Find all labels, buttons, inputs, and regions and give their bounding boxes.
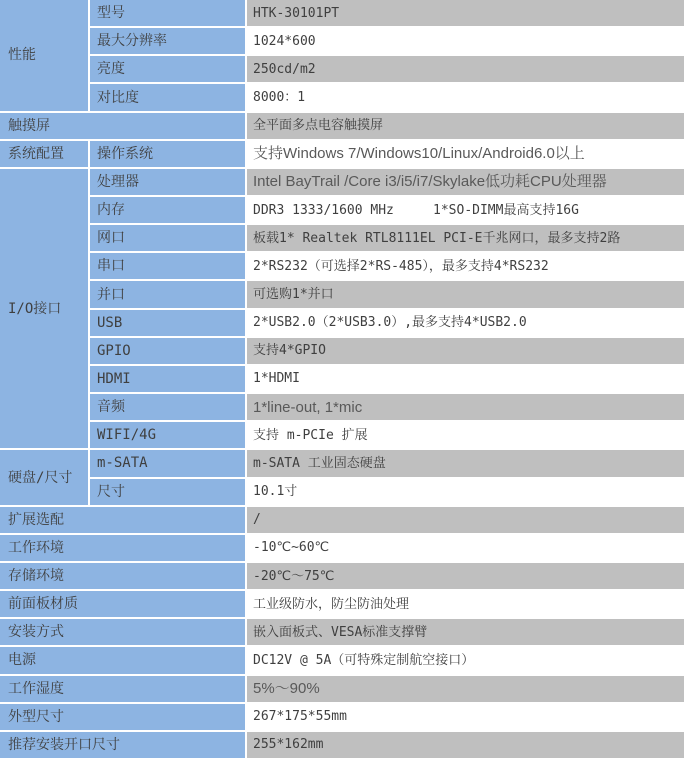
spec-table: 性能型号HTK-30101PT最大分辨率1024*600亮度250cd/m2对比… <box>0 0 684 758</box>
spec-value-cell: m-SATA 工业固态硬盘 <box>247 450 684 476</box>
spec-value-cell: 支持 m-PCIe 扩展 <box>247 422 684 448</box>
spec-name-cell: 型号 <box>90 0 245 26</box>
spec-name-cell: 处理器 <box>90 169 245 195</box>
spec-name-cell: 并口 <box>90 281 245 307</box>
spec-value-cell: DDR3 1333/1600 MHz 1*SO-DIMM最高支持16G <box>247 197 684 223</box>
spec-value-cell: 250cd/m2 <box>247 56 684 82</box>
spec-value-cell: 2*RS232（可选择2*RS-485），最多支持4*RS232 <box>247 253 684 279</box>
category-cell: 系统配置 <box>0 141 88 167</box>
spec-value-cell: 8000：1 <box>247 84 684 110</box>
spec-value-cell: 255*162mm <box>247 732 684 758</box>
spec-name-cell: 最大分辨率 <box>90 28 245 54</box>
category-cell: 触摸屏 <box>0 113 245 139</box>
spec-value-cell: 工业级防水，防尘防油处理 <box>247 591 684 617</box>
spec-name-cell: 网口 <box>90 225 245 251</box>
spec-sheet-page: 性能型号HTK-30101PT最大分辨率1024*600亮度250cd/m2对比… <box>0 0 684 763</box>
category-cell: 工作环境 <box>0 535 245 561</box>
spec-value-cell: DC12V @ 5A（可特殊定制航空接口） <box>247 647 684 673</box>
spec-value-cell: HTK-30101PT <box>247 0 684 26</box>
category-cell: I/O接口 <box>0 169 88 448</box>
spec-name-cell: 内存 <box>90 197 245 223</box>
spec-value-cell: 2*USB2.0（2*USB3.0）,最多支持4*USB2.0 <box>247 310 684 336</box>
spec-name-cell: HDMI <box>90 366 245 392</box>
spec-value-cell: 5%～90% <box>247 676 684 702</box>
spec-name-cell: USB <box>90 310 245 336</box>
category-cell: 推荐安装开口尺寸 <box>0 732 245 758</box>
spec-name-cell: 亮度 <box>90 56 245 82</box>
spec-value-cell: 10.1寸 <box>247 479 684 505</box>
spec-value-cell: 支持4*GPIO <box>247 338 684 364</box>
spec-name-cell: m-SATA <box>90 450 245 476</box>
spec-value-cell: 1024*600 <box>247 28 684 54</box>
spec-name-cell: 操作系统 <box>90 141 245 167</box>
category-cell: 前面板材质 <box>0 591 245 617</box>
spec-name-cell: WIFI/4G <box>90 422 245 448</box>
category-cell: 工作湿度 <box>0 676 245 702</box>
spec-name-cell: 音频 <box>90 394 245 420</box>
spec-value-cell: -10℃~60℃ <box>247 535 684 561</box>
category-cell: 性能 <box>0 0 88 111</box>
category-cell: 安装方式 <box>0 619 245 645</box>
spec-name-cell: 串口 <box>90 253 245 279</box>
spec-name-cell: GPIO <box>90 338 245 364</box>
spec-value-cell: -20℃～75℃ <box>247 563 684 589</box>
spec-value-cell: 板载1* Realtek RTL8111EL PCI-E千兆网口，最多支持2路 <box>247 225 684 251</box>
spec-value-cell: 267*175*55mm <box>247 704 684 730</box>
spec-value-cell: 支持Windows 7/Windows10/Linux/Android6.0以上 <box>247 141 684 167</box>
category-cell: 外型尺寸 <box>0 704 245 730</box>
spec-value-cell: 1*line-out, 1*mic <box>247 394 684 420</box>
spec-name-cell: 对比度 <box>90 84 245 110</box>
spec-value-cell: 1*HDMI <box>247 366 684 392</box>
spec-value-cell: 全平面多点电容触摸屏 <box>247 113 684 139</box>
spec-value-cell: Intel BayTrail /Core i3/i5/i7/Skylake低功耗… <box>247 169 684 195</box>
category-cell: 硬盘/尺寸 <box>0 450 88 504</box>
spec-value-cell: / <box>247 507 684 533</box>
category-cell: 电源 <box>0 647 245 673</box>
spec-value-cell: 嵌入面板式、VESA标准支撑臂 <box>247 619 684 645</box>
spec-value-cell: 可选购1*并口 <box>247 281 684 307</box>
spec-name-cell: 尺寸 <box>90 479 245 505</box>
category-cell: 存储环境 <box>0 563 245 589</box>
category-cell: 扩展选配 <box>0 507 245 533</box>
